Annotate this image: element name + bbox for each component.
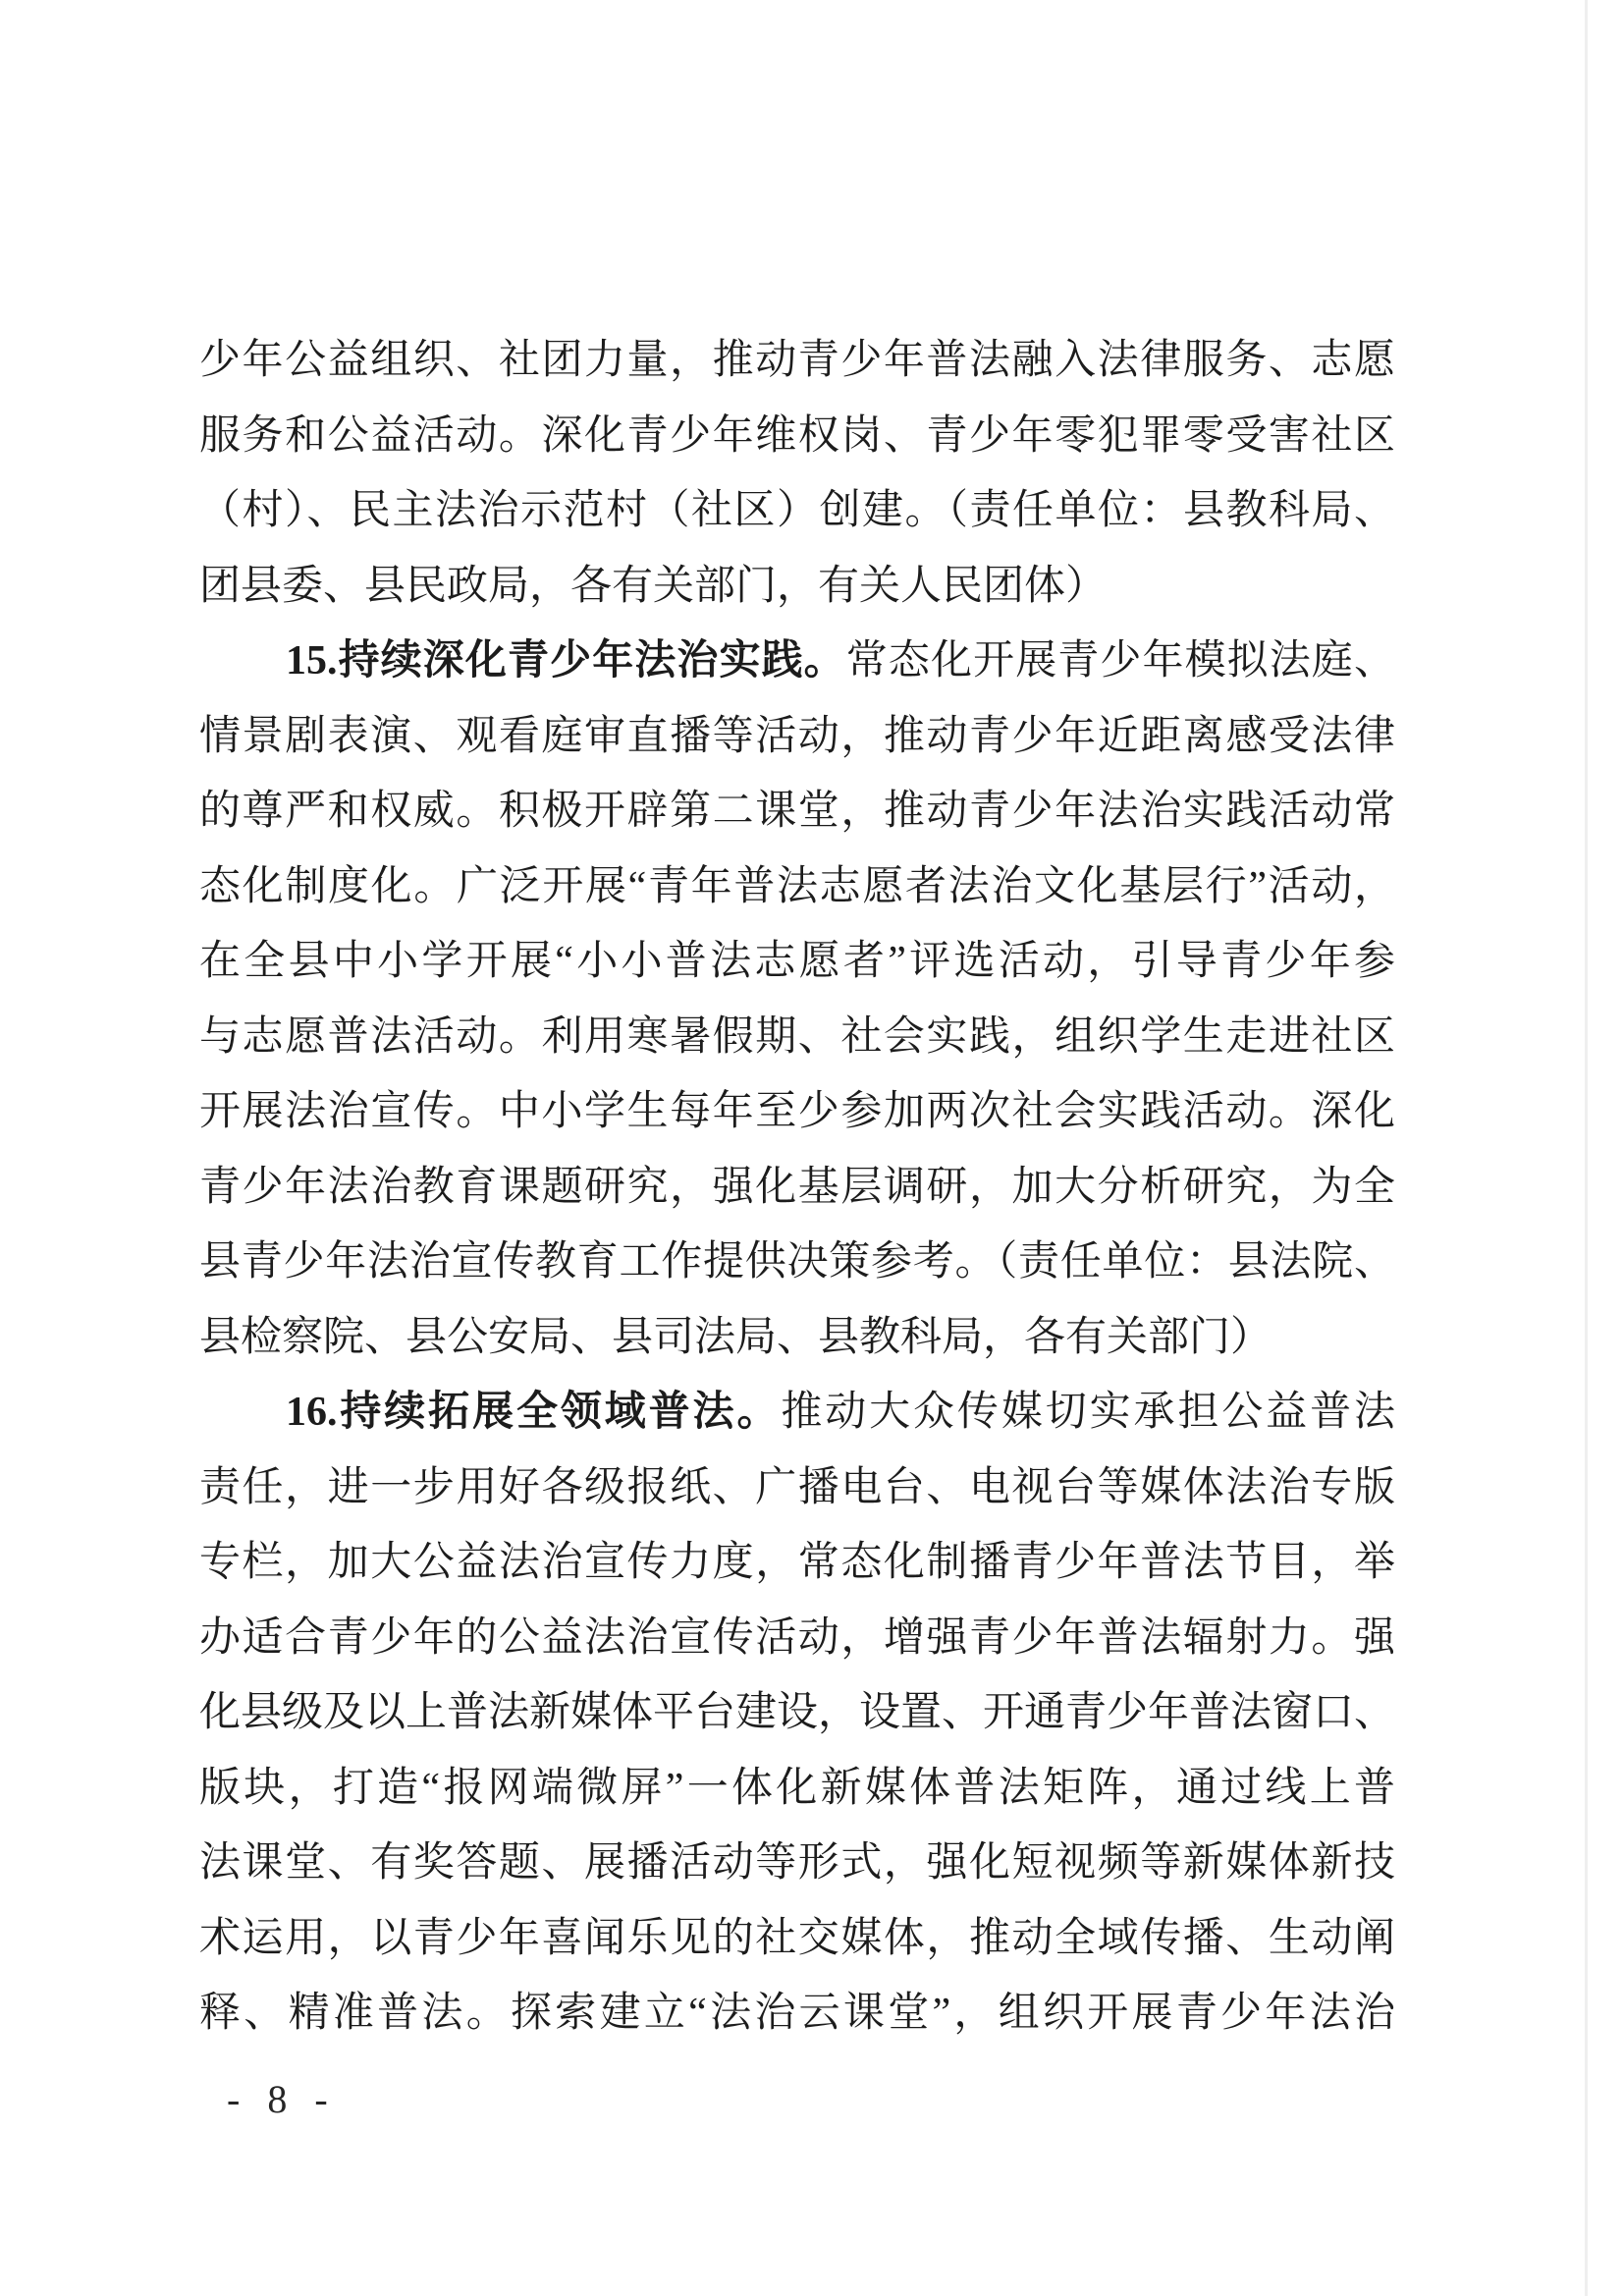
text-segment: 的尊严和权威。积极开辟第二课堂，推动青少年法治实践活动常 bbox=[199, 789, 1395, 834]
text-line: 服务和公益活动。深化青少年维权岗、青少年零犯罪零受害社区 bbox=[199, 399, 1395, 474]
text-segment: 县青少年法治宣传教育工作提供决策参考。（责任单位：县法院、 bbox=[199, 1239, 1395, 1285]
text-segment: 术运用，以青少年喜闻乐见的社交媒体，推动全域传播、生动阐 bbox=[199, 1916, 1395, 1961]
text-segment: 服务和公益活动。深化青少年维权岗、青少年零犯罪零受害社区 bbox=[199, 413, 1395, 459]
text-segment: 法课堂、有奖答题、展播活动等形式，强化短视频等新媒体新技 bbox=[199, 1840, 1395, 1886]
text-segment: 团县委、县民政局，各有关部门，有关人民团体） bbox=[199, 564, 1107, 609]
heading-text-segment: 16.持续拓展全领域普法。 bbox=[286, 1390, 781, 1435]
text-line: 释、精准普法。探索建立“法治云课堂”，组织开展青少年法治 bbox=[199, 1976, 1395, 2051]
text-segment: 常态化开展青少年模拟法庭、 bbox=[846, 638, 1395, 683]
document-body: 少年公益组织、社团力量，推动青少年普法融入法律服务、志愿服务和公益活动。深化青少… bbox=[199, 323, 1395, 2051]
text-segment: 开展法治宣传。中小学生每年至少参加两次社会实践活动。深化 bbox=[199, 1089, 1395, 1134]
text-segment: 版块，打造“报网端微屏”一体化新媒体普法矩阵，通过线上普 bbox=[199, 1766, 1395, 1811]
text-segment: 推动大众传媒切实承担公益普法 bbox=[781, 1390, 1395, 1435]
text-segment: 办适合青少年的公益法治宣传活动，增强青少年普法辐射力。强 bbox=[199, 1615, 1395, 1661]
text-line: 15.持续深化青少年法治实践。常态化开展青少年模拟法庭、 bbox=[199, 624, 1395, 699]
text-line: 的尊严和权威。积极开辟第二课堂，推动青少年法治实践活动常 bbox=[199, 774, 1395, 849]
text-segment: 青少年法治教育课题研究，强化基层调研，加大分析研究，为全 bbox=[199, 1165, 1395, 1210]
text-segment: 少年公益组织、社团力量，推动青少年普法融入法律服务、志愿 bbox=[199, 338, 1395, 383]
text-segment: 化县级及以上普法新媒体平台建设，设置、开通青少年普法窗口、 bbox=[199, 1690, 1395, 1735]
text-line: 化县级及以上普法新媒体平台建设，设置、开通青少年普法窗口、 bbox=[199, 1675, 1395, 1751]
scan-artifact-line bbox=[1585, 0, 1588, 2296]
text-line: 开展法治宣传。中小学生每年至少参加两次社会实践活动。深化 bbox=[199, 1074, 1395, 1150]
text-segment: 态化制度化。广泛开展“青年普法志愿者法治文化基层行”活动， bbox=[199, 864, 1395, 909]
text-segment: 释、精准普法。探索建立“法治云课堂”，组织开展青少年法治 bbox=[199, 1991, 1395, 2036]
text-segment: 与志愿普法活动。利用寒暑假期、社会实践，组织学生走进社区 bbox=[199, 1014, 1395, 1060]
text-line: 青少年法治教育课题研究，强化基层调研，加大分析研究，为全 bbox=[199, 1150, 1395, 1226]
text-line: 专栏，加大公益法治宣传力度，常态化制播青少年普法节目，举 bbox=[199, 1525, 1395, 1601]
text-segment: 县检察院、县公安局、县司法局、县教科局，各有关部门） bbox=[199, 1315, 1271, 1360]
text-line: 与志愿普法活动。利用寒暑假期、社会实践，组织学生走进社区 bbox=[199, 1000, 1395, 1075]
text-segment: 专栏，加大公益法治宣传力度，常态化制播青少年普法节目，举 bbox=[199, 1540, 1395, 1585]
text-line: 办适合青少年的公益法治宣传活动，增强青少年普法辐射力。强 bbox=[199, 1601, 1395, 1676]
text-line: （村）、民主法治示范村（社区）创建。（责任单位：县教科局、 bbox=[199, 473, 1395, 549]
text-segment: 在全县中小学开展“小小普法志愿者”评选活动，引导青少年参 bbox=[199, 939, 1395, 984]
text-line: 在全县中小学开展“小小普法志愿者”评选活动，引导青少年参 bbox=[199, 924, 1395, 1000]
text-line: 情景剧表演、观看庭审直播等活动，推动青少年近距离感受法律 bbox=[199, 699, 1395, 775]
text-line: 术运用，以青少年喜闻乐见的社交媒体，推动全域传播、生动阐 bbox=[199, 1901, 1395, 1977]
text-line: 法课堂、有奖答题、展播活动等形式，强化短视频等新媒体新技 bbox=[199, 1826, 1395, 1901]
text-line: 县检察院、县公安局、县司法局、县教科局，各有关部门） bbox=[199, 1300, 1395, 1376]
document-page: 少年公益组织、社团力量，推动青少年普法融入法律服务、志愿服务和公益活动。深化青少… bbox=[0, 0, 1623, 2296]
heading-text-segment: 15.持续深化青少年法治实践。 bbox=[286, 638, 846, 683]
text-segment: 责任，进一步用好各级报纸、广播电台、电视台等媒体法治专版 bbox=[199, 1465, 1395, 1510]
text-line: 版块，打造“报网端微屏”一体化新媒体普法矩阵，通过线上普 bbox=[199, 1751, 1395, 1827]
text-line: 态化制度化。广泛开展“青年普法志愿者法治文化基层行”活动， bbox=[199, 849, 1395, 925]
text-line: 县青少年法治宣传教育工作提供决策参考。（责任单位：县法院、 bbox=[199, 1225, 1395, 1300]
page-number: - 8 - bbox=[227, 2076, 337, 2122]
text-line: 16.持续拓展全领域普法。推动大众传媒切实承担公益普法 bbox=[199, 1375, 1395, 1450]
text-line: 少年公益组织、社团力量，推动青少年普法融入法律服务、志愿 bbox=[199, 323, 1395, 399]
text-line: 团县委、县民政局，各有关部门，有关人民团体） bbox=[199, 549, 1395, 625]
text-line: 责任，进一步用好各级报纸、广播电台、电视台等媒体法治专版 bbox=[199, 1450, 1395, 1526]
text-segment: （村）、民主法治示范村（社区）创建。（责任单位：县教科局、 bbox=[199, 488, 1395, 533]
text-segment: 情景剧表演、观看庭审直播等活动，推动青少年近距离感受法律 bbox=[199, 714, 1395, 759]
